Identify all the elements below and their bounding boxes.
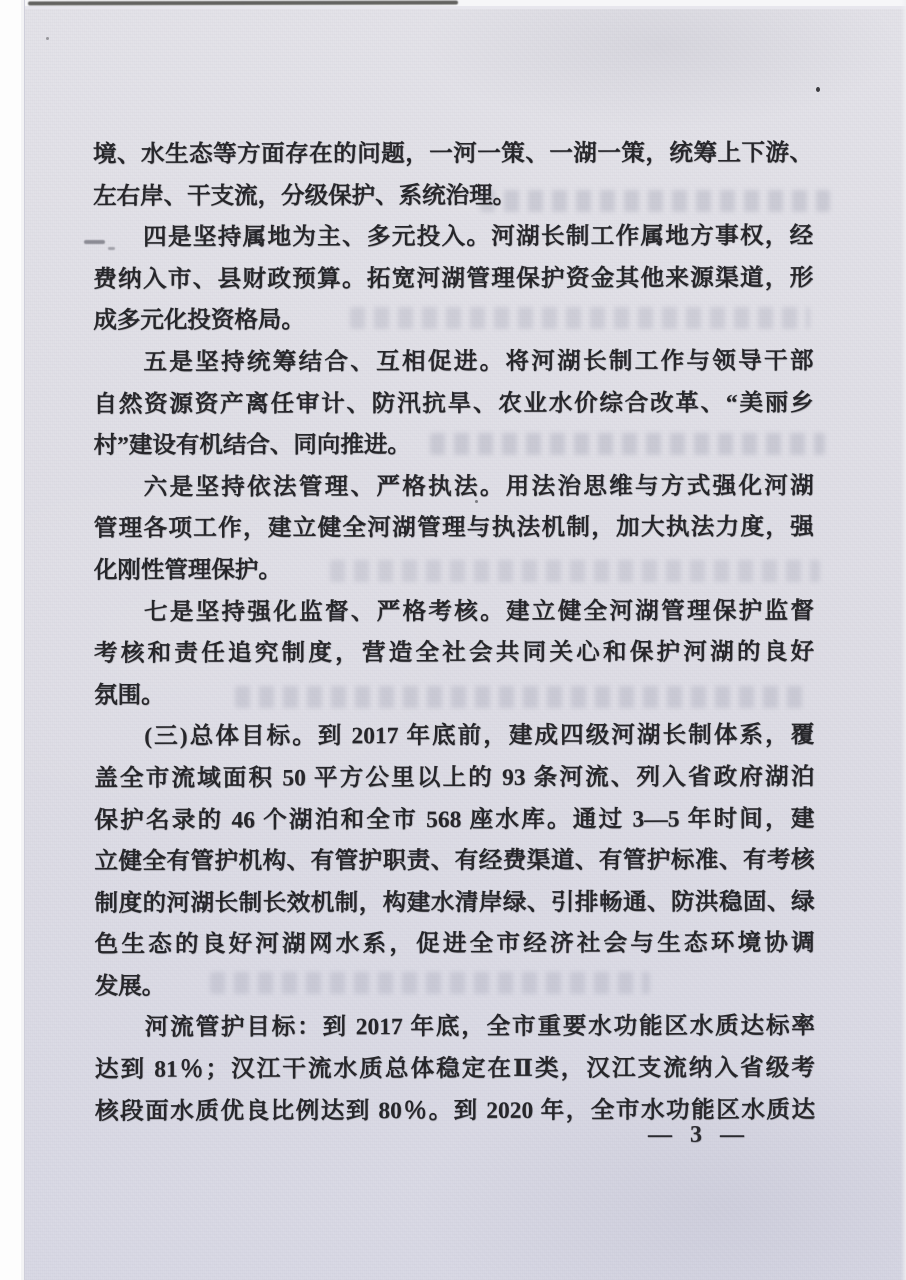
text-line: 管理各项工作，建立健全河湖管理与执法机制，加大执法力度，强 — [94, 508, 814, 551]
document-body-text: 境、水生态等方面存在的问题，一河一策、一湖一策，统筹上下游、左右岸、干支流，分级… — [93, 133, 815, 1133]
text-line: 左右岸、干支流，分级保护、系统治理。 — [93, 175, 813, 218]
text-line: 四是坚持属地为主、多元投入。河湖长制工作属地方事权，经 — [93, 216, 813, 259]
text-line: 六是坚持依法管理、严格执法。用法治思维与方式强化河湖 — [94, 466, 814, 509]
text-line: 村”建设有机结合、同向推进。 — [94, 424, 814, 467]
scanned-document-page: 境、水生态等方面存在的问题，一河一策、一湖一策，统筹上下游、左右岸、干支流，分级… — [0, 0, 906, 1280]
text-line: 考核和责任追究制度，营造全社会共同关心和保护河湖的良好 — [94, 632, 814, 675]
text-line: 五是坚持统筹结合、互相促进。将河湖长制工作与领导干部 — [93, 341, 813, 384]
scan-edge-left — [0, 0, 25, 1280]
scan-edge-right — [901, 0, 906, 1280]
text-line: 成多元化投资格局。 — [93, 300, 813, 343]
scan-artifact-dash — [108, 247, 115, 250]
text-line: 七是坚持强化监督、严格考核。建立健全河湖管理保护监督 — [94, 591, 814, 634]
text-line: 发展。 — [95, 965, 815, 1008]
scan-speck — [816, 87, 820, 92]
text-line: 达到 81％；汉江干流水质总体稳定在Ⅱ类，汉江支流纳入省级考 — [95, 1048, 815, 1091]
text-line: 河流管护目标：到 2017 年底，全市重要水功能区水质达标率 — [95, 1007, 815, 1050]
text-line: 化刚性管理保护。 — [94, 549, 814, 592]
page-number: — 3 — — [648, 1122, 750, 1149]
text-line: 立健全有管护机构、有管护职责、有经费渠道、有管护标准、有考核 — [94, 840, 814, 883]
text-line: 盖全市流域面积 50 平方公里以上的 93 条河流、列入省政府湖泊 — [94, 757, 814, 800]
text-line: 氛围。 — [94, 674, 814, 717]
scan-speck — [46, 37, 49, 40]
text-line: 境、水生态等方面存在的问题，一河一策、一湖一策，统筹上下游、 — [93, 133, 813, 176]
text-line: 自然资源资产离任审计、防汛抗旱、农业水价综合改革、“美丽乡 — [93, 383, 813, 426]
scan-artifact-dash — [84, 240, 105, 244]
text-line: 色生态的良好河湖网水系，促进全市经济社会与生态环境协调 — [95, 924, 815, 967]
text-line: 制度的河湖长制长效机制，构建水清岸绿、引排畅通、防洪稳固、绿 — [95, 882, 815, 925]
scan-speck — [475, 500, 478, 503]
text-line: 保护名录的 46 个湖泊和全市 568 座水库。通过 3—5 年时间，建 — [94, 799, 814, 842]
text-line: 费纳入市、县财政预算。拓宽河湖管理保护资金其他来源渠道，形 — [93, 258, 813, 301]
text-line: (三)总体目标。到 2017 年底前，建成四级河湖长制体系，覆 — [94, 716, 814, 759]
